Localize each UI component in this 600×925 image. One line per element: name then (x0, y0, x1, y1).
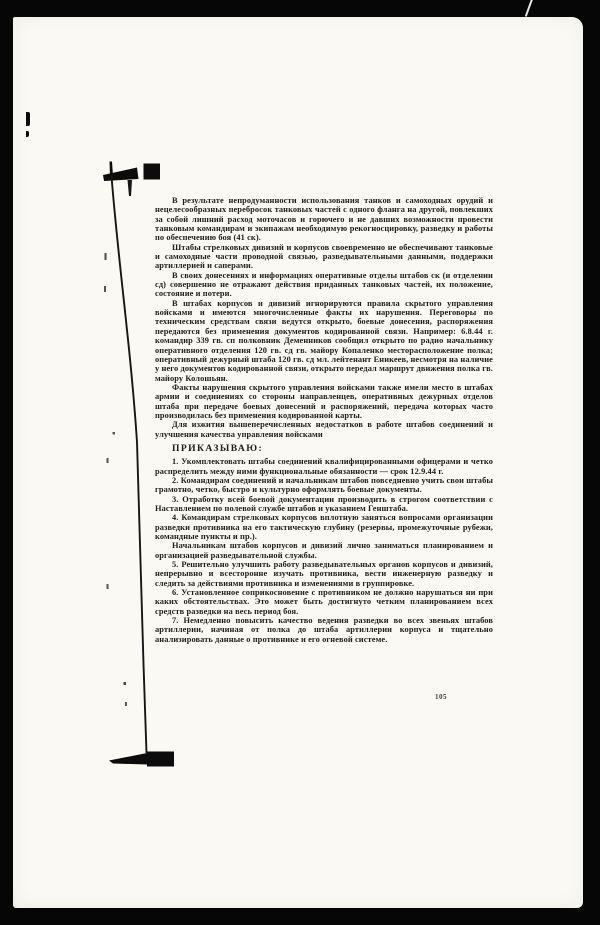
scan-speck (107, 458, 109, 463)
scan-speck (113, 432, 116, 435)
crease-bottom-block (147, 752, 174, 767)
binding-crease-artifact (0, 0, 600, 925)
scan-speck (105, 253, 107, 260)
crease-top-stub (110, 162, 114, 177)
scan-speck (104, 286, 106, 292)
binding-crease-line (112, 176, 147, 753)
scan-speck (125, 702, 127, 706)
crease-top-blot (103, 168, 139, 182)
crease-drip (128, 180, 133, 196)
scanned-document-photo: В результате непродуманности использован… (0, 0, 600, 925)
crease-bottom-blot (109, 753, 147, 765)
crease-top-block (144, 164, 161, 180)
scan-speck (107, 584, 109, 589)
scan-speck (124, 682, 127, 685)
